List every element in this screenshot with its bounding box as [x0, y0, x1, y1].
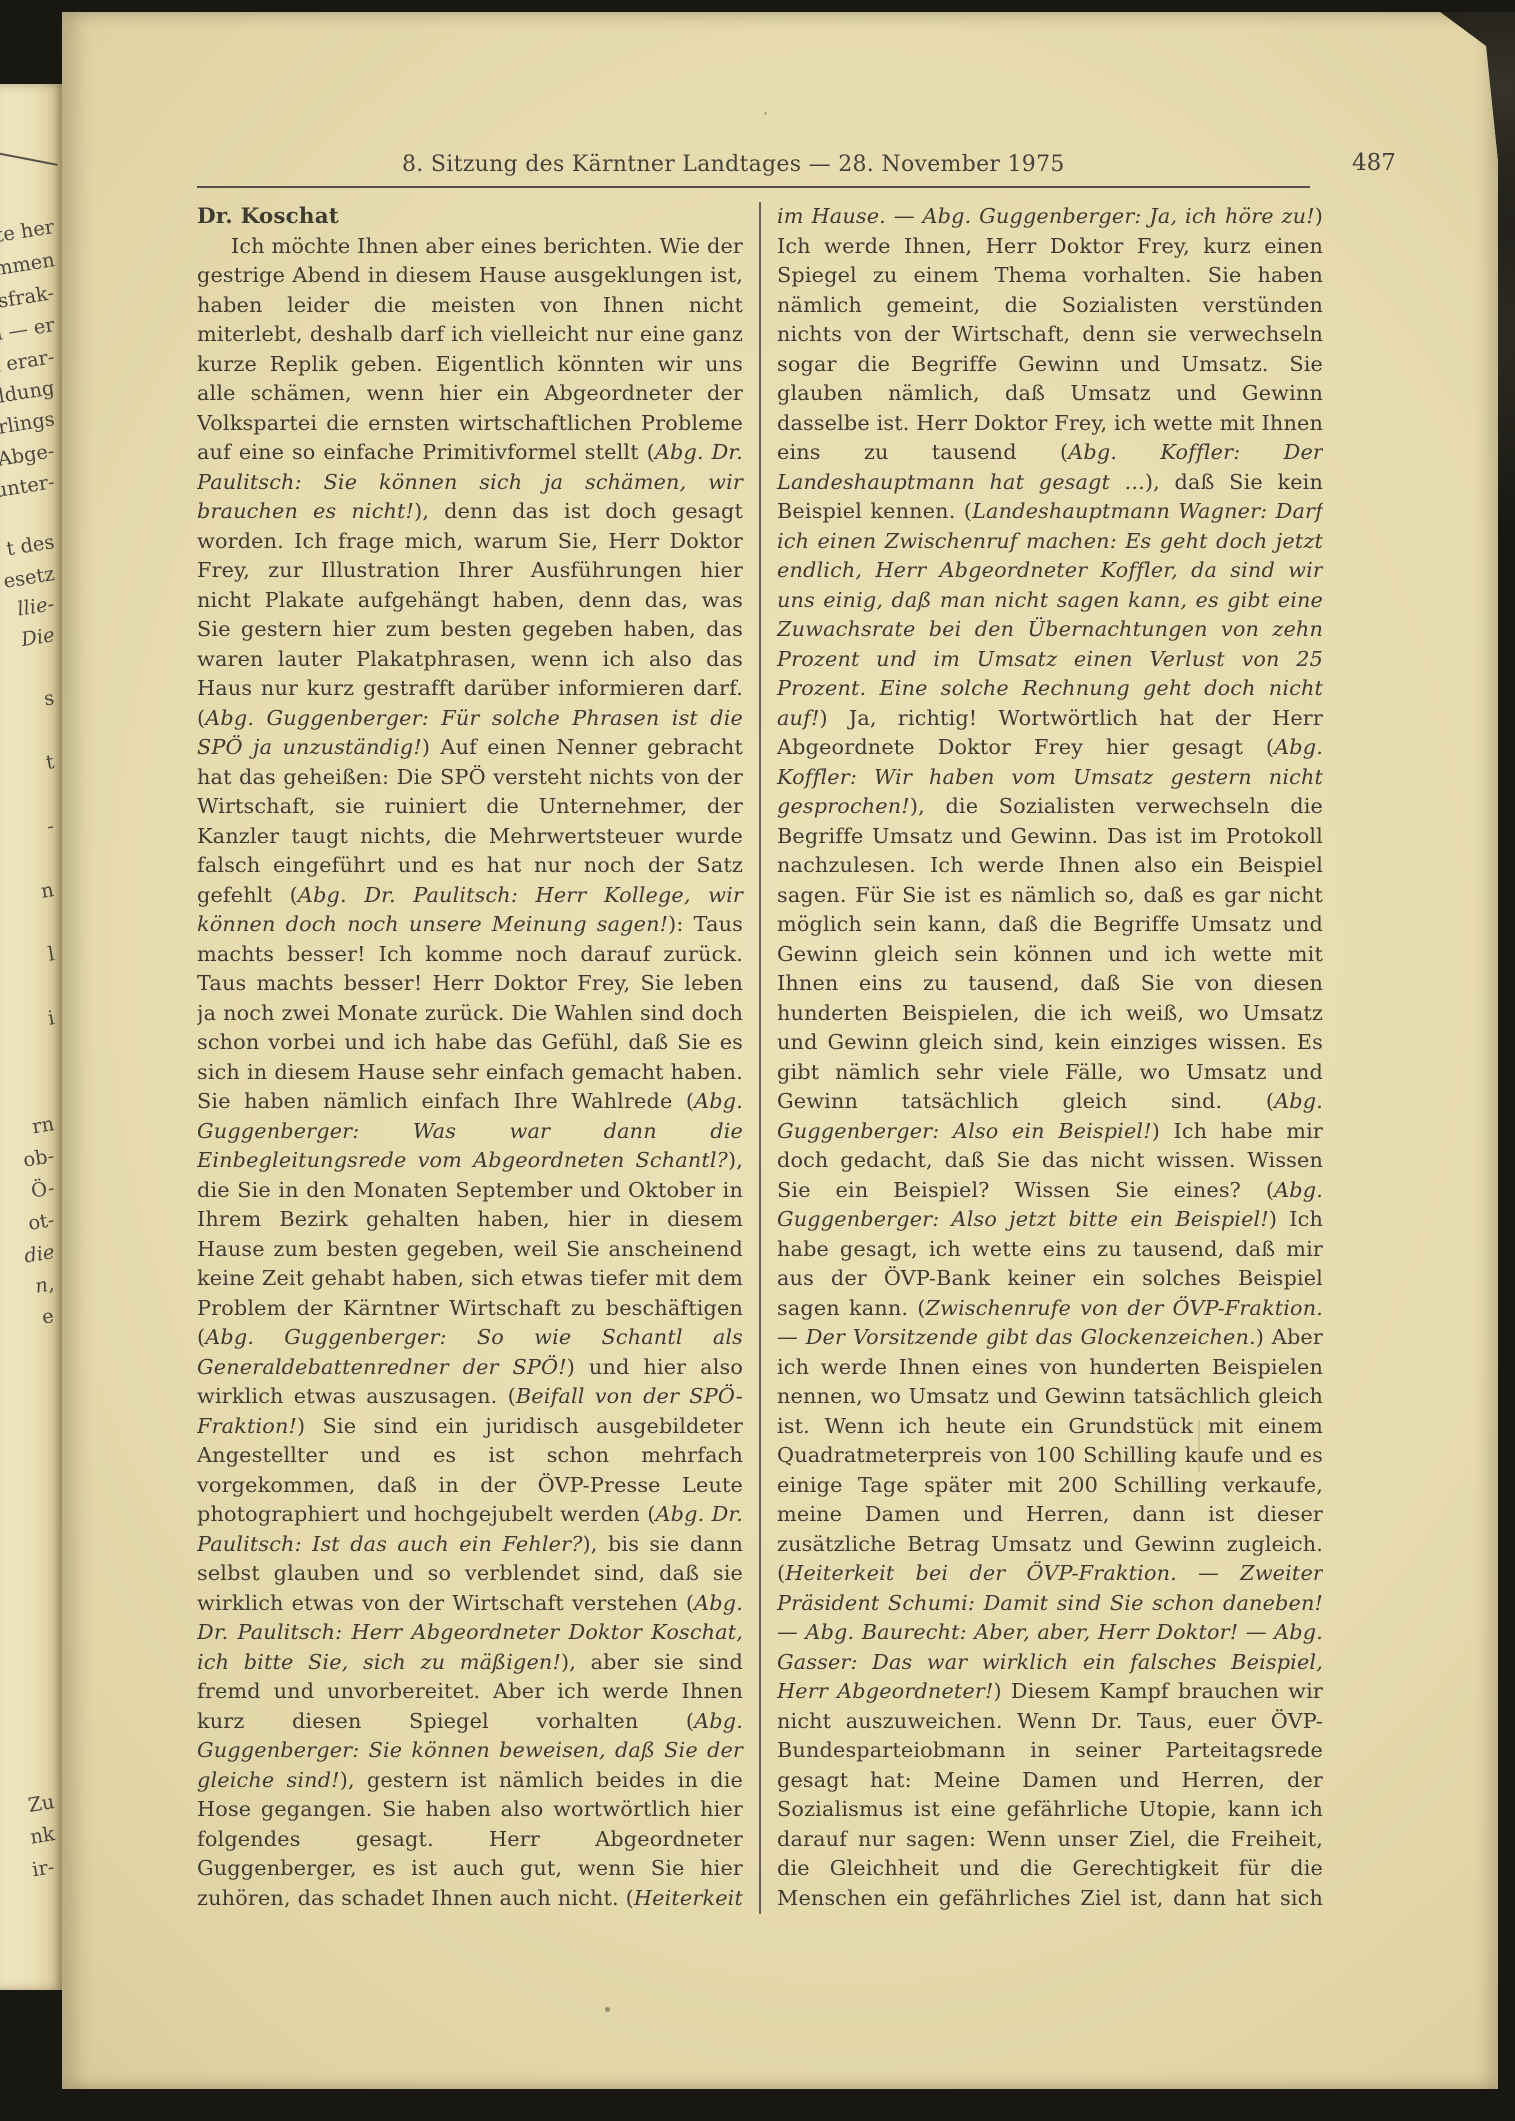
text-segment: ) Ich werde Ihnen, Herr Doktor Frey, kur…: [777, 204, 1323, 464]
margin-fragment: d erar-: [0, 345, 56, 378]
margin-fragment: die: [22, 1240, 55, 1267]
margin-fragment: hrlings: [0, 407, 56, 441]
speech-paragraph: Ich möchte Ihnen aber eines berichten. W…: [197, 202, 1323, 1914]
text-segment: ): Taus machts besser! Ich komme noch da…: [197, 912, 743, 1113]
margin-fragment: ot-: [26, 1208, 55, 1235]
margin-fragment: n — er: [0, 313, 56, 346]
margin-fragment: nommen: [0, 248, 56, 284]
text-segment: ) Ja, richtig! Wortwörtlich hat der Herr…: [777, 706, 1323, 760]
facing-page-header-rule: [0, 152, 58, 166]
margin-fragment: t: [44, 750, 55, 774]
book-edge-top: [0, 0, 1515, 12]
margin-fragment: n,: [34, 1272, 56, 1298]
margin-fragment: esetz: [2, 562, 56, 593]
margin-fragment: seite her: [0, 215, 56, 251]
text-segment: Ich möchte Ihnen aber eines berichten. W…: [197, 234, 743, 465]
text-segment: ), die Sie in den Monaten September und …: [197, 1148, 743, 1349]
margin-fragment: atsfrak-: [0, 281, 56, 316]
margin-fragment: s: [42, 686, 55, 710]
margin-fragment: Die: [19, 623, 56, 651]
text-segment: ) Aber ich werde Ihnen eines von hundert…: [777, 1325, 1323, 1585]
header-rule: [197, 186, 1310, 188]
speaker-name: Dr. Koschat: [197, 202, 743, 232]
margin-fragment: l: [46, 942, 56, 966]
page-number: 487: [1352, 150, 1396, 176]
margin-fragment: -: [46, 814, 56, 838]
facing-page-gutter-strip: seite hernommenatsfrak-n — erd erar-bild…: [0, 84, 64, 1990]
text-segment: ), denn das ist doch gesagt worden. Ich …: [197, 499, 743, 730]
margin-fragment: e: [41, 1304, 56, 1329]
margin-fragment: unter-: [0, 470, 56, 502]
margin-fragment: llie-: [16, 592, 56, 620]
margin-fragment: Abge-: [0, 439, 56, 471]
text-segment: Landeshauptmann Wagner: Darf ich einen Z…: [777, 499, 1323, 730]
two-column-text: Dr. Koschat Ich möchte Ihnen aber eines …: [197, 202, 1323, 1914]
margin-fragment: Zu: [26, 1790, 55, 1817]
margin-fragment: ir-: [30, 1855, 55, 1881]
margin-fragment: nk: [28, 1822, 56, 1849]
margin-fragment: i: [46, 1006, 56, 1030]
book-scan: seite hernommenatsfrak-n — erd erar-bild…: [0, 0, 1515, 2121]
paper-speck: [764, 112, 767, 115]
margin-fragment: t des: [5, 530, 56, 560]
margin-fragment: ob-: [22, 1144, 56, 1172]
page-487: 8. Sitzung des Kärntner Landtages — 28. …: [62, 12, 1498, 2089]
paper-crease: [1198, 1420, 1200, 1472]
margin-fragment: n: [40, 878, 56, 903]
margin-fragment: Ö-: [29, 1176, 56, 1202]
running-header: 8. Sitzung des Kärntner Landtages — 28. …: [402, 152, 1052, 177]
paper-speck: [605, 2007, 610, 2012]
text-segment: ) Auf einen Nenner gebracht hat das gehe…: [197, 735, 743, 907]
text-segment: ), die Sozialisten verwechseln die Begri…: [777, 794, 1323, 1113]
margin-fragment: rn: [31, 1112, 56, 1138]
margin-fragment: bildung: [0, 376, 56, 410]
